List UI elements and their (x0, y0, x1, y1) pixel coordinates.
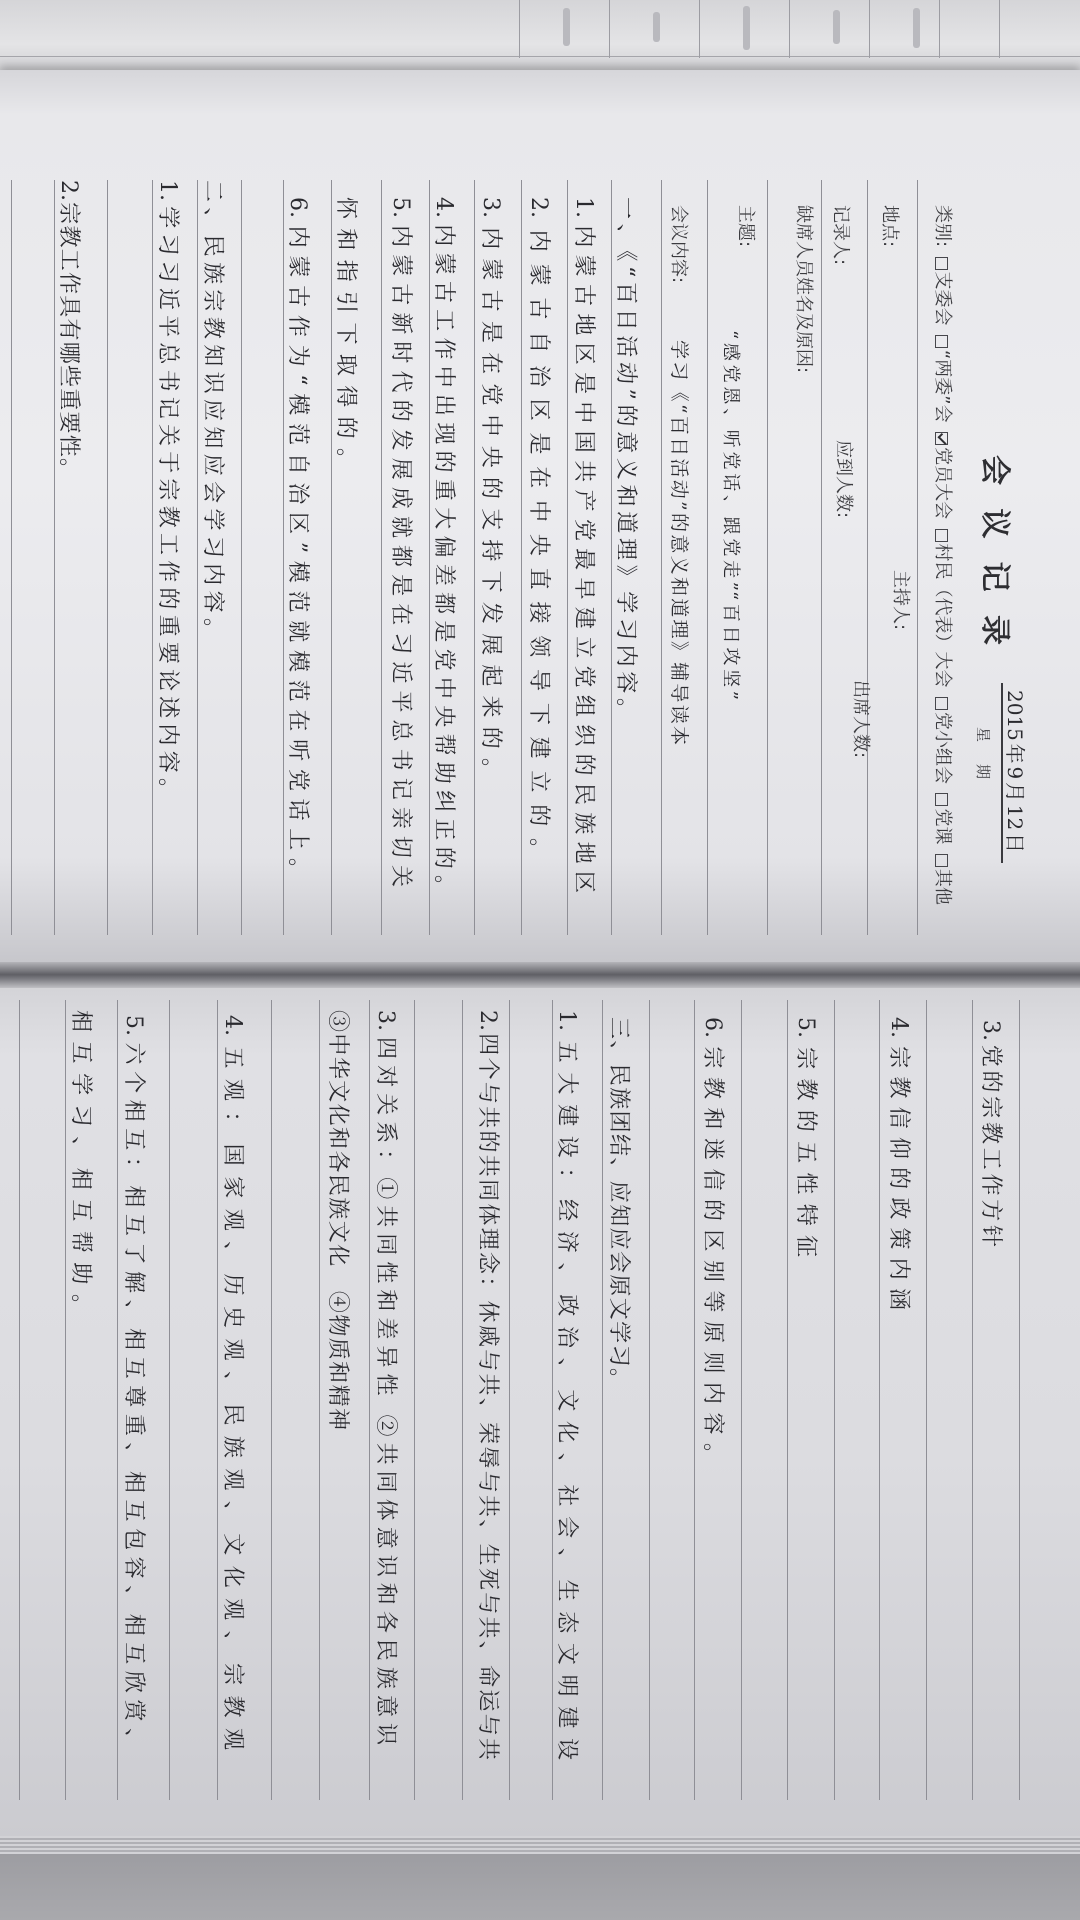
ruled-line (834, 1000, 835, 1800)
handwritten-line: 4.宗教信仰的政策内涵 (887, 1017, 909, 1310)
handwritten-line: 1.学习习近平总书记关于宗教工作的重要论述内容。 (156, 180, 178, 800)
ruled-line (197, 180, 198, 935)
ruled-line (602, 1000, 603, 1800)
ruled-line (917, 180, 918, 935)
category-option-party-group-meeting: 党小组会 (933, 697, 951, 784)
handwritten-line: 相互学习、相互帮助。 (69, 1010, 91, 1316)
table-line (789, 0, 790, 58)
category-option-label: 党课 (933, 808, 951, 844)
checkbox-icon (936, 335, 949, 348)
blurred-text (833, 10, 840, 44)
handwritten-line: 4.内蒙古工作中出现的重大偏差都是党中央帮助纠正的。 (432, 197, 454, 897)
handwritten-line: 5.六个相互：相互了解、相互尊重、相互包容、相互欣赏、 (122, 1015, 144, 1750)
category-option-other: 其他 (933, 854, 951, 905)
ruled-line (65, 1000, 66, 1800)
ruled-line (611, 180, 612, 935)
notebook-photo: 会议记录 2015年9月12日 星期 类别: 支委会 “两委”会 党员大会 村民… (0, 0, 1080, 1920)
checkbox-icon (936, 793, 949, 806)
checkbox-icon (936, 529, 949, 542)
ruled-line (821, 180, 822, 935)
table-line (519, 0, 520, 58)
table-line (699, 0, 700, 58)
checkbox-icon (936, 697, 949, 710)
ruled-line (381, 180, 382, 935)
category-option-label: 党员大会 (933, 447, 951, 519)
page-stack-edge (0, 1836, 1080, 1854)
ruled-line (474, 180, 475, 935)
meeting-date: 2015年9月12日 (1005, 690, 1025, 853)
ruled-line (661, 180, 662, 935)
category-row: 类别: 支委会 “两委”会 党员大会 村民（代表）大会 党小组会 党课 其他 (933, 205, 951, 905)
ruled-line (1019, 1000, 1020, 1800)
handwritten-line: 三、民族团结、应知应会原文学习。 (607, 1017, 629, 1390)
weekday-label: 星期 (975, 727, 990, 801)
ruled-line (107, 180, 108, 935)
category-option-label: “两委”会 (933, 350, 951, 423)
date-underline (1001, 683, 1003, 863)
handwritten-line: 1.内蒙古地区是中国共产党最早建立党组织的民族地区 (572, 197, 594, 893)
ruled-line (283, 180, 284, 935)
adjacent-document-strip (0, 0, 1080, 74)
ruled-line (972, 1000, 973, 1800)
handwritten-line: 4.五观：国家观、历史观、民族观、文化观、宗教观 (221, 1015, 243, 1750)
ruled-line (521, 180, 522, 935)
handwritten-line: 一、《“百日活动”的意义和道理》学习内容。 (614, 197, 636, 720)
notebook-page-right (0, 988, 1080, 1838)
ruled-line (879, 1000, 880, 1800)
blurred-text (913, 8, 920, 48)
topic-label: 主题: (736, 205, 754, 247)
ruled-line (867, 180, 868, 935)
notebook-gutter (0, 962, 1080, 990)
attendance-count-label: 出席人数: (851, 680, 869, 758)
handwritten-line: 3.内蒙古是在党中央的支持下发展起来的。 (479, 197, 501, 780)
table-surface (0, 1854, 1080, 1920)
ruled-line (567, 180, 568, 935)
category-option-villagers-meeting: 村民（代表）大会 (933, 529, 951, 688)
expected-count-label: 应到人数: (834, 440, 852, 518)
page-title: 会议记录 (979, 455, 1009, 645)
handwritten-line: 2.内蒙古自治区是在中央直接领导下建立的。 (527, 197, 549, 860)
ruled-line (462, 1000, 463, 1800)
table-line (999, 0, 1000, 58)
ruled-line (414, 1000, 415, 1800)
ruled-line (152, 180, 153, 935)
ruled-line (54, 180, 55, 935)
checkbox-icon (936, 854, 949, 867)
content-value: 学习《“百日活动”的意义和道理》辅导读本 (669, 340, 688, 745)
ruled-line (926, 1000, 927, 1800)
topic-value: “感党恩、听党话、跟党走”“百日攻坚” (721, 330, 739, 700)
checkbox-checked-icon (936, 432, 949, 445)
ruled-line (649, 1000, 650, 1800)
ruled-line (217, 1000, 218, 1800)
category-option-label: 村民（代表）大会 (933, 544, 951, 688)
ruled-line (741, 1000, 742, 1800)
category-option-branch-committee: 支委会 (933, 257, 951, 326)
blurred-text (653, 12, 660, 42)
handwritten-line: 怀和指引下取得的。 (334, 197, 356, 470)
category-label: 类别: (933, 205, 951, 247)
category-option-label: 党小组会 (933, 712, 951, 784)
ruled-line (117, 1000, 118, 1800)
handwritten-line: 6.宗教和迷信的区别等原则内容。 (701, 1017, 723, 1465)
handwritten-line: 1.五大建设：经济、政治、文化、社会、生态文明建设 (555, 1010, 577, 1760)
handwritten-line: 5.内蒙古新时代的发展成就都是在习近平总书记亲切关 (389, 197, 411, 887)
content-label: 会议内容: (669, 205, 687, 283)
absentees-label: 缺席人员姓名及原因: (794, 205, 812, 373)
ruled-line (11, 180, 12, 935)
ruled-line (694, 1000, 695, 1800)
blurred-text (743, 6, 750, 50)
ruled-line (509, 1000, 510, 1800)
location-label: 地点: (880, 205, 898, 247)
ruled-line (169, 1000, 170, 1800)
handwritten-line: 3.党的宗教工作方针 (979, 1020, 1001, 1247)
handwritten-line: 2.四个与共的共同体理念：休戚与共、荣辱与共、生死与共、命运与共 (476, 1010, 498, 1760)
category-option-two-committees: “两委”会 (933, 335, 951, 423)
ruled-line (429, 180, 430, 935)
handwritten-line: 二、民族宗教知识应知应会学习内容。 (201, 180, 223, 640)
category-option-label: 支委会 (933, 272, 951, 326)
blurred-text (563, 8, 570, 46)
ruled-line (787, 1000, 788, 1800)
ruled-line (707, 180, 708, 935)
handwritten-line: ③中华文化和各民族文化 ④物质和精神 (326, 1010, 348, 1430)
table-line (609, 0, 610, 58)
handwritten-line: 6.内蒙古作为“模范自治区”模范就模范在听党话上。 (286, 197, 308, 880)
checkbox-icon (936, 257, 949, 270)
sheet-edge (0, 56, 1080, 57)
handwritten-line: 2.宗教工作具有哪些重要性。 (57, 180, 79, 480)
ruled-line (552, 1000, 553, 1800)
handwritten-line: 3.四对关系：①共同性和差异性 ②共同体意识和各民族意识 (374, 1010, 396, 1745)
host-label: 主持人: (891, 570, 909, 630)
category-option-party-lecture: 党课 (933, 793, 951, 844)
ruled-line (369, 1000, 370, 1800)
recorder-label: 记录人: (831, 205, 849, 265)
ruled-line (19, 1000, 20, 1800)
table-line (939, 0, 940, 58)
category-option-party-members-meeting: 党员大会 (933, 432, 951, 519)
ruled-line (271, 1000, 272, 1800)
handwritten-line: 5.宗教的五性特征 (794, 1017, 816, 1257)
ruled-line (319, 1000, 320, 1800)
ruled-line (241, 180, 242, 935)
ruled-line (331, 180, 332, 935)
table-line (869, 0, 870, 58)
category-option-label: 其他 (933, 869, 951, 905)
ruled-line (767, 180, 768, 935)
